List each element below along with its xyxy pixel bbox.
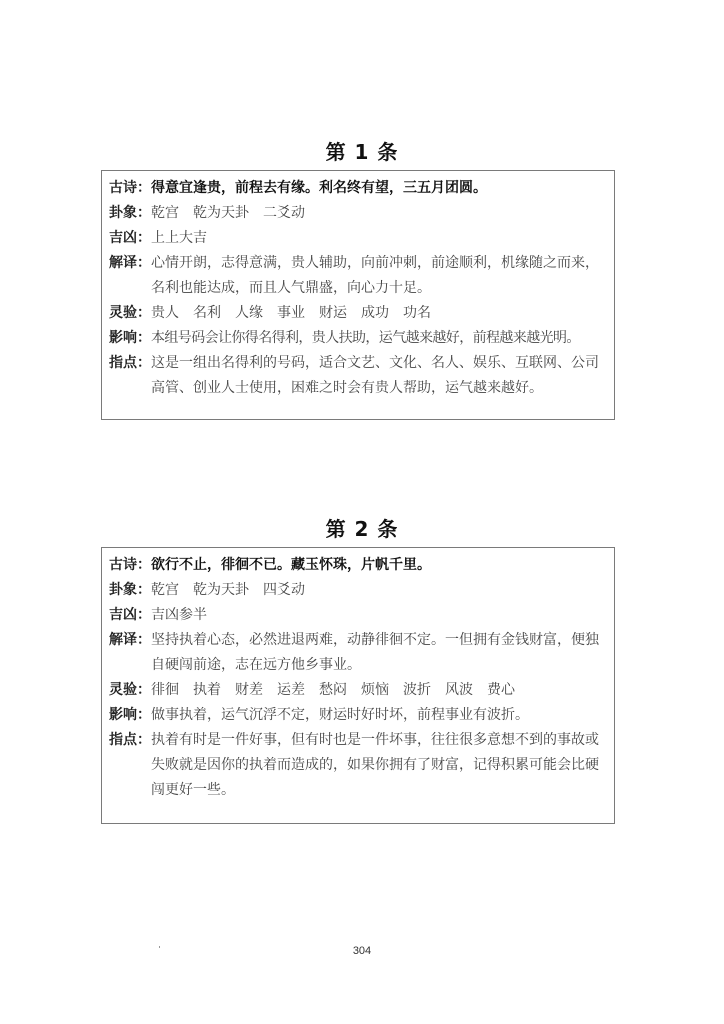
poem-text: 欲行不止，徘徊不已。藏玉怀珠，片帆千里。 (151, 553, 606, 578)
interpretation-label: 解译： (109, 628, 151, 678)
efficacy-tags: 贵人名利人缘事业财运成功功名 (151, 301, 606, 326)
efficacy-tag: 徘徊 (151, 682, 179, 698)
efficacy-tag: 成功 (361, 305, 389, 321)
efficacy-tag: 风波 (445, 682, 473, 698)
fortune-label: 吉凶： (109, 603, 151, 628)
hexagram-row: 卦象： 乾宫 乾为天卦 四爻动 (109, 578, 606, 603)
efficacy-tags: 徘徊执着财差运差愁闷烦恼波折风波费心 (151, 678, 606, 703)
hexagram-label: 卦象： (109, 578, 151, 603)
efficacy-tag: 人缘 (235, 305, 263, 321)
efficacy-tag: 事业 (277, 305, 305, 321)
guidance-label: 指点： (109, 728, 151, 803)
guidance-row: 指点： 执着有时是一件好事，但有时也是一件坏事，往往很多意想不到的事故或失败就是… (109, 728, 606, 803)
fortune-label: 吉凶： (109, 226, 151, 251)
guidance-row: 指点： 这是一组出名得利的号码，适合文艺、文化、名人、娱乐、互联网、公司高管、创… (109, 351, 606, 401)
hexagram-text: 乾宫 乾为天卦 四爻动 (151, 578, 606, 603)
entry-title: 第 1 条 (0, 136, 724, 165)
efficacy-label: 灵验： (109, 301, 151, 326)
guidance-text: 这是一组出名得利的号码，适合文艺、文化、名人、娱乐、互联网、公司高管、创业人士使… (151, 351, 606, 401)
influence-row: 影响： 本组号码会让你得名得利，贵人扶助，运气越来越好，前程越来越光明。 (109, 326, 606, 351)
hexagram-text: 乾宫 乾为天卦 二爻动 (151, 201, 606, 226)
hexagram-row: 卦象： 乾宫 乾为天卦 二爻动 (109, 201, 606, 226)
influence-text: 做事执着，运气沉浮不定，财运时好时坏，前程事业有波折。 (151, 703, 606, 728)
poem-label: 古诗： (109, 553, 151, 578)
efficacy-row: 灵验： 徘徊执着财差运差愁闷烦恼波折风波费心 (109, 678, 606, 703)
fortune-text: 上上大吉 (151, 226, 606, 251)
poem-row: 古诗： 欲行不止，徘徊不已。藏玉怀珠，片帆千里。 (109, 553, 606, 578)
influence-row: 影响： 做事执着，运气沉浮不定，财运时好时坏，前程事业有波折。 (109, 703, 606, 728)
efficacy-tag: 名利 (193, 305, 221, 321)
guidance-label: 指点： (109, 351, 151, 401)
fortune-text: 吉凶参半 (151, 603, 606, 628)
efficacy-tag: 波折 (403, 682, 431, 698)
entry-box: 古诗： 欲行不止，徘徊不已。藏玉怀珠，片帆千里。 卦象： 乾宫 乾为天卦 四爻动… (101, 547, 615, 824)
interpretation-row: 解译： 心情开朗，志得意满，贵人辅助，向前冲刺，前途顺利，机缘随之而来，名利也能… (109, 251, 606, 301)
influence-text: 本组号码会让你得名得利，贵人扶助，运气越来越好，前程越来越光明。 (151, 326, 606, 351)
entry-title: 第 2 条 (0, 513, 724, 542)
entry-box: 古诗： 得意宜逢贵，前程去有缘。利名终有望，三五月团圆。 卦象： 乾宫 乾为天卦… (101, 170, 615, 420)
efficacy-tag: 财运 (319, 305, 347, 321)
influence-label: 影响： (109, 326, 151, 351)
guidance-text: 执着有时是一件好事，但有时也是一件坏事，往往很多意想不到的事故或失败就是因你的执… (151, 728, 606, 803)
efficacy-tag: 贵人 (151, 305, 179, 321)
efficacy-tag: 愁闷 (319, 682, 347, 698)
efficacy-tag: 烦恼 (361, 682, 389, 698)
efficacy-tag: 运差 (277, 682, 305, 698)
fortune-row: 吉凶： 上上大吉 (109, 226, 606, 251)
interpretation-text: 心情开朗，志得意满，贵人辅助，向前冲刺，前途顺利，机缘随之而来，名利也能达成，而… (151, 251, 606, 301)
page-number: 304 (0, 945, 724, 957)
influence-label: 影响： (109, 703, 151, 728)
poem-text: 得意宜逢贵，前程去有缘。利名终有望，三五月团圆。 (151, 176, 606, 201)
efficacy-tag: 费心 (487, 682, 515, 698)
poem-label: 古诗： (109, 176, 151, 201)
interpretation-text: 坚持执着心态，必然进退两难，动静徘徊不定。一但拥有金钱财富，便独自硬闯前途，志在… (151, 628, 606, 678)
efficacy-tag: 功名 (403, 305, 431, 321)
fortune-row: 吉凶： 吉凶参半 (109, 603, 606, 628)
hexagram-label: 卦象： (109, 201, 151, 226)
efficacy-row: 灵验： 贵人名利人缘事业财运成功功名 (109, 301, 606, 326)
efficacy-label: 灵验： (109, 678, 151, 703)
interpretation-label: 解译： (109, 251, 151, 301)
efficacy-tag: 财差 (235, 682, 263, 698)
poem-row: 古诗： 得意宜逢贵，前程去有缘。利名终有望，三五月团圆。 (109, 176, 606, 201)
interpretation-row: 解译： 坚持执着心态，必然进退两难，动静徘徊不定。一但拥有金钱财富，便独自硬闯前… (109, 628, 606, 678)
efficacy-tag: 执着 (193, 682, 221, 698)
